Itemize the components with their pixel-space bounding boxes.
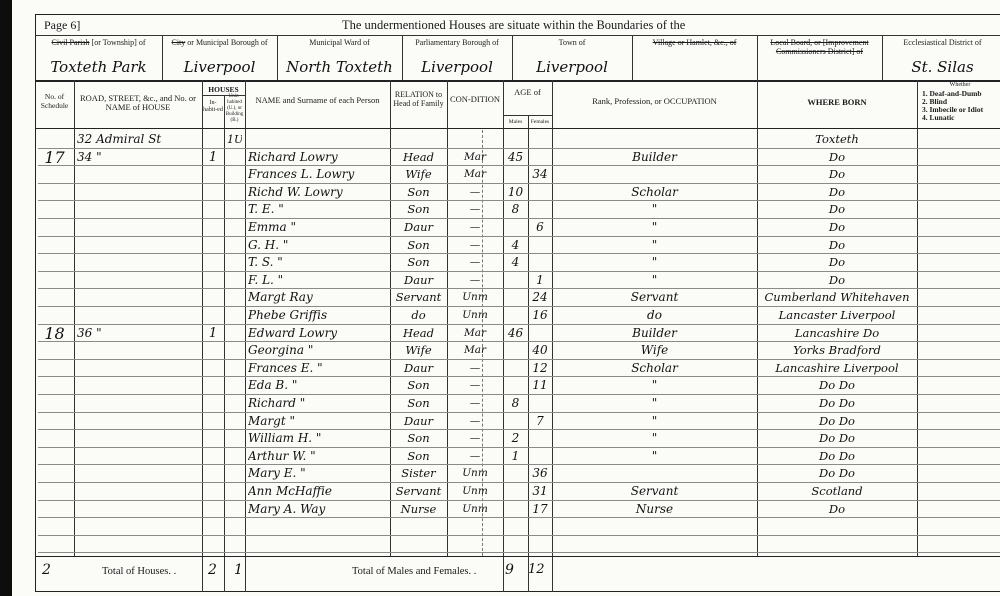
district-label-3: Parliamentary Borough of — [404, 38, 510, 47]
divider — [277, 35, 278, 80]
cell-name: Richard " — [248, 395, 387, 413]
cell-name: Mary E. " — [248, 465, 387, 483]
cell-relation: Son — [393, 201, 444, 219]
district-value-2: North Toxteth — [279, 58, 400, 76]
cell-born: Do — [760, 272, 914, 290]
cell-occupation: Scholar — [555, 360, 754, 378]
total-uninhabited: 1 — [234, 562, 243, 578]
cell-inhabited: 1 — [205, 325, 221, 343]
cell-male: 46 — [506, 325, 525, 343]
cell-born: Yorks Bradford — [760, 342, 914, 360]
column-divider — [552, 80, 553, 556]
cell-name: Ann McHaffie — [248, 483, 387, 501]
cell-born: Toxteth — [760, 131, 914, 149]
cell-schedule: 17 — [38, 149, 71, 167]
column-divider — [202, 556, 203, 592]
column-header-relation: RELATION to Head of Family — [391, 90, 446, 108]
cell-female: 17 — [531, 501, 549, 519]
divider — [35, 128, 1000, 129]
cell-relation: Servant — [393, 483, 444, 501]
struck-label: City — [172, 38, 186, 47]
cell-name: Richd W. Lowry — [248, 184, 387, 202]
district-label-4: Town of — [514, 38, 630, 47]
cell-condition: Mar — [450, 149, 500, 167]
column-divider — [503, 80, 504, 556]
district-label-6: Local Board, or [Improvement Commissione… — [759, 38, 880, 56]
column-divider — [390, 80, 391, 556]
cell-male: 4 — [506, 237, 525, 255]
cell-uninhabited: 1U — [227, 131, 242, 149]
cell-female: 24 — [531, 289, 549, 307]
cell-born: Do — [760, 254, 914, 272]
cell-occupation: Wife — [555, 342, 754, 360]
district-label-0: Civil Parish [or Township] of — [37, 38, 160, 47]
cell-occupation: Scholar — [555, 184, 754, 202]
cell-male: 2 — [506, 430, 525, 448]
district-value-0: Toxteth Park — [37, 58, 160, 76]
divider — [757, 35, 758, 80]
district-label-2: Municipal Ward of — [279, 38, 400, 47]
divider — [632, 35, 633, 80]
district-value-7: St. Silas — [884, 58, 1000, 76]
column-divider — [917, 80, 918, 556]
cell-born: Do Do — [760, 465, 914, 483]
district-label-1: City or Municipal Borough of — [164, 38, 275, 47]
cell-occupation: Builder — [555, 149, 754, 167]
struck-label: Village or Hamlet, &c., of — [653, 38, 737, 47]
column-header-age: AGE of — [503, 88, 552, 97]
cell-name: Margt " — [248, 413, 387, 431]
cell-condition: Unm — [450, 289, 500, 307]
cell-occupation: " — [555, 237, 754, 255]
cell-relation: Daur — [393, 413, 444, 431]
label: Parliamentary Borough of — [415, 38, 499, 47]
cell-occupation: " — [555, 254, 754, 272]
district-value-3: Liverpool — [404, 58, 510, 76]
total-persons-label: Total of Males and Females. . — [352, 566, 476, 577]
total-inhabited: 2 — [208, 562, 217, 578]
column-divider — [245, 80, 246, 556]
label: Ecclesiastical District of — [903, 38, 981, 47]
cell-male: 1 — [506, 448, 525, 466]
cell-relation: Son — [393, 377, 444, 395]
cell-occupation: " — [555, 395, 754, 413]
cell-relation: Nurse — [393, 501, 444, 519]
total-females: 12 — [528, 562, 545, 577]
cell-born: Do — [760, 219, 914, 237]
cell-female: 36 — [531, 465, 549, 483]
cell-male: 4 — [506, 254, 525, 272]
column-header-schedule: No. of Schedule — [36, 92, 73, 110]
label: Municipal Ward of — [309, 38, 370, 47]
column-divider — [245, 556, 246, 592]
divider — [35, 35, 1000, 36]
cell-name: Phebe Griffis — [248, 307, 387, 325]
cell-condition: — — [450, 184, 500, 202]
cell-condition: — — [450, 219, 500, 237]
cell-born: Do — [760, 166, 914, 184]
divider — [882, 35, 883, 80]
cell-name: Frances L. Lowry — [248, 166, 387, 184]
struck-label: Civil Parish — [52, 38, 90, 47]
cell-name: T. S. " — [248, 254, 387, 272]
cell-relation: Daur — [393, 219, 444, 237]
cell-male: 10 — [506, 184, 525, 202]
cell-female: 40 — [531, 342, 549, 360]
cell-relation: Son — [393, 254, 444, 272]
cell-schedule: 18 — [38, 325, 71, 343]
cell-born: Do Do — [760, 430, 914, 448]
cell-occupation: " — [555, 448, 754, 466]
cell-relation: do — [393, 307, 444, 325]
cell-occupation: " — [555, 377, 754, 395]
cell-relation: Son — [393, 237, 444, 255]
cell-born: Lancaster Liverpool — [760, 307, 914, 325]
cell-born: Do — [760, 237, 914, 255]
infirmity-label: 4. Lunatic — [922, 113, 955, 122]
cell-occupation: Servant — [555, 289, 754, 307]
district-label-7: Ecclesiastical District of — [884, 38, 1000, 47]
cell-born: Do — [760, 184, 914, 202]
cell-female: 1 — [531, 272, 549, 290]
cell-born: Do Do — [760, 377, 914, 395]
total-males: 9 — [505, 562, 514, 578]
column-divider — [202, 80, 203, 556]
cell-name: Emma " — [248, 219, 387, 237]
divider — [35, 556, 1000, 557]
total-schedules: 2 — [42, 562, 51, 578]
cell-born: Do — [760, 201, 914, 219]
cell-female: 34 — [531, 166, 549, 184]
cell-name: Arthur W. " — [248, 448, 387, 466]
total-houses-label: Total of Houses. . — [102, 566, 176, 577]
page-label: Page 6] — [44, 18, 80, 33]
divider — [512, 35, 513, 80]
column-header-unin: Unin-habited (U.), or Building (B.) — [225, 94, 244, 124]
cell-born: Do Do — [760, 413, 914, 431]
cell-condition: — — [450, 254, 500, 272]
cell-condition: — — [450, 377, 500, 395]
district-value-1: Liverpool — [164, 58, 275, 76]
cell-condition: — — [450, 448, 500, 466]
column-header-houses: HOUSES — [202, 85, 245, 94]
cell-condition: Mar — [450, 325, 500, 343]
census-sheet: Page 6] The undermentioned Houses are si… — [12, 0, 1000, 596]
cell-name: William H. " — [248, 430, 387, 448]
column-header-condition: CON-DITION — [448, 95, 502, 104]
cell-name: Eda B. " — [248, 377, 387, 395]
cell-road: 32 Admiral St — [77, 131, 199, 149]
column-header-inh: In-habit-ed — [203, 100, 223, 114]
cell-relation: Wife — [393, 342, 444, 360]
cell-relation: Son — [393, 448, 444, 466]
cell-condition: Mar — [450, 342, 500, 360]
cell-name: Mary A. Way — [248, 501, 387, 519]
cell-road: 36 " — [77, 325, 199, 343]
cell-name: Richard Lowry — [248, 149, 387, 167]
column-divider — [552, 556, 553, 592]
cell-condition: — — [450, 360, 500, 378]
cell-occupation: " — [555, 430, 754, 448]
cell-condition: Unm — [450, 483, 500, 501]
struck-label: Local Board, or [Improvement Commissione… — [770, 38, 868, 56]
cell-name: Edward Lowry — [248, 325, 387, 343]
cell-born: Lancashire Do — [760, 325, 914, 343]
label: [or Township] of — [92, 38, 146, 47]
cell-name: Frances E. " — [248, 360, 387, 378]
cell-born: Do — [760, 149, 914, 167]
column-divider — [74, 80, 75, 556]
cell-road: 34 " — [77, 149, 199, 167]
cell-relation: Son — [393, 395, 444, 413]
cell-relation: Daur — [393, 360, 444, 378]
divider — [402, 35, 403, 80]
cell-condition: Unm — [450, 501, 500, 519]
cell-relation: Servant — [393, 289, 444, 307]
cell-relation: Head — [393, 325, 444, 343]
cell-condition: Mar — [450, 166, 500, 184]
cell-born: Do Do — [760, 448, 914, 466]
column-header-road: ROAD, STREET, &c., and No. or NAME of HO… — [75, 94, 201, 112]
cell-relation: Son — [393, 430, 444, 448]
cell-condition: — — [450, 201, 500, 219]
cell-occupation: Builder — [555, 325, 754, 343]
column-divider — [528, 115, 529, 591]
cell-condition: — — [450, 395, 500, 413]
cell-condition: — — [450, 272, 500, 290]
column-divider — [503, 556, 504, 592]
row-rule — [38, 535, 1000, 536]
cell-name: Georgina " — [248, 342, 387, 360]
cell-condition: — — [450, 237, 500, 255]
cell-name: T. E. " — [248, 201, 387, 219]
district-label-5: Village or Hamlet, &c., of — [634, 38, 755, 47]
column-header-name: NAME and Surname of each Person — [246, 96, 389, 105]
label: Town of — [559, 38, 586, 47]
column-divider — [224, 556, 225, 592]
cell-male: 8 — [506, 201, 525, 219]
cell-male: 8 — [506, 395, 525, 413]
cell-female: 7 — [531, 413, 549, 431]
cell-condition: Unm — [450, 465, 500, 483]
cell-born: Do Do — [760, 395, 914, 413]
column-divider — [757, 80, 758, 556]
cell-name: Margt Ray — [248, 289, 387, 307]
cell-occupation: Nurse — [555, 501, 754, 519]
column-divider — [447, 80, 448, 556]
cell-name: G. H. " — [248, 237, 387, 255]
cell-female: 11 — [531, 377, 549, 395]
column-header-male: Males — [504, 118, 527, 127]
cell-born: Cumberland Whitehaven — [760, 289, 914, 307]
cell-relation: Sister — [393, 465, 444, 483]
header-title: The undermentioned Houses are situate wi… — [342, 18, 685, 33]
row-rule — [38, 552, 1000, 553]
cell-relation: Wife — [393, 166, 444, 184]
cell-female: 12 — [531, 360, 549, 378]
cell-occupation: " — [555, 272, 754, 290]
cell-female: 6 — [531, 219, 549, 237]
divider — [162, 35, 163, 80]
cell-relation: Daur — [393, 272, 444, 290]
cell-female: 16 — [531, 307, 549, 325]
cell-relation: Head — [393, 149, 444, 167]
cell-occupation: " — [555, 413, 754, 431]
cell-occupation: " — [555, 219, 754, 237]
column-header-born: WHERE BORN — [758, 98, 916, 107]
cell-occupation: do — [555, 307, 754, 325]
cell-inhabited: 1 — [205, 149, 221, 167]
cell-born: Do — [760, 501, 914, 519]
cell-condition: Unm — [450, 307, 500, 325]
column-header-female: Females — [529, 118, 551, 127]
cell-born: Lancashire Liverpool — [760, 360, 914, 378]
cell-male: 45 — [506, 149, 525, 167]
cell-occupation: Servant — [555, 483, 754, 501]
cell-occupation: " — [555, 201, 754, 219]
column-header-whether: Whether — [920, 82, 1000, 88]
cell-name: F. L. " — [248, 272, 387, 290]
cell-condition: — — [450, 413, 500, 431]
cell-born: Scotland — [760, 483, 914, 501]
cell-condition: — — [450, 430, 500, 448]
divider — [35, 80, 1000, 82]
cell-relation: Son — [393, 184, 444, 202]
cell-female: 31 — [531, 483, 549, 501]
district-value-4: Liverpool — [514, 58, 630, 76]
column-header-occupation: Rank, Profession, or OCCUPATION — [553, 97, 756, 106]
label: or Municipal Borough of — [187, 38, 267, 47]
